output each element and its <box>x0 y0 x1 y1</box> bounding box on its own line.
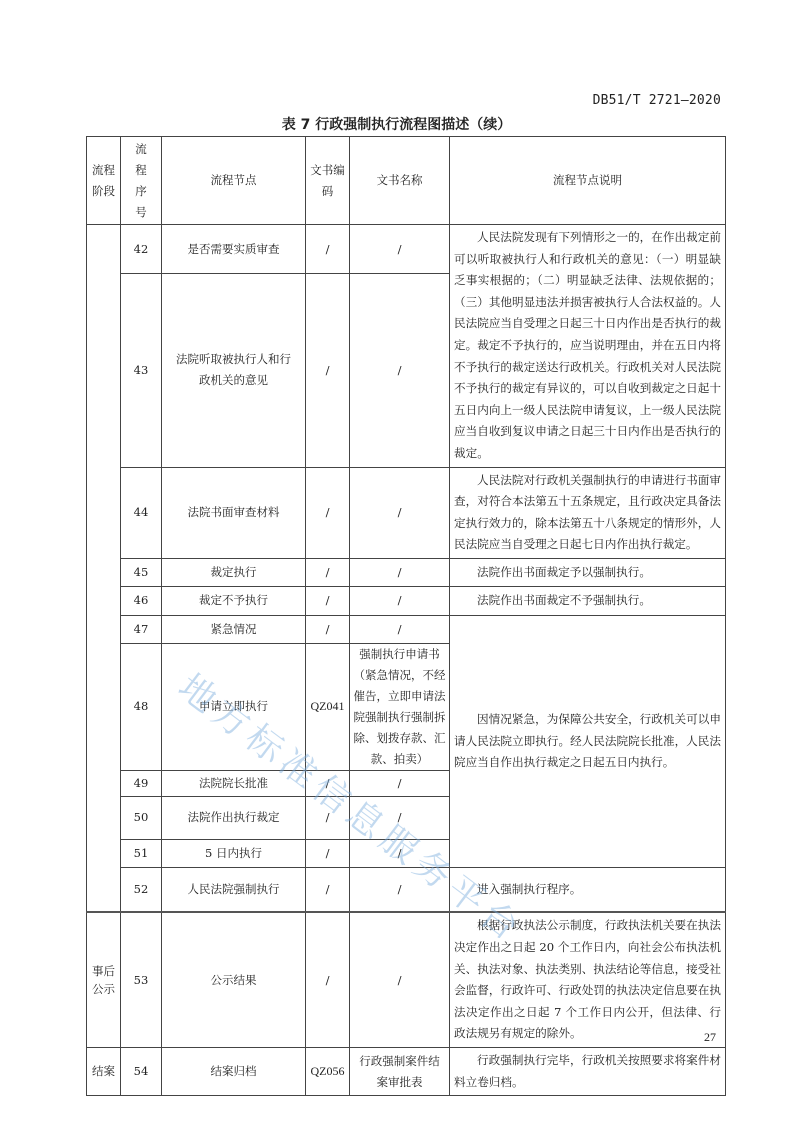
seq-cell: 47 <box>121 615 162 643</box>
col-header-doc-name: 文书名称 <box>350 137 450 225</box>
seq-cell: 48 <box>121 643 162 770</box>
node-cell: 5 日内执行 <box>162 839 306 867</box>
doc-name-cell: / <box>350 615 450 643</box>
desc-cell: 法院作出书面裁定不予强制执行。 <box>450 586 726 615</box>
desc-cell: 行政强制执行完毕，行政机关按照要求将案件材料立卷归档。 <box>450 1047 726 1095</box>
seq-cell: 45 <box>121 558 162 586</box>
stage-cell: 事后公示 <box>87 912 121 1047</box>
table-row: 44 法院书面审查材料 / / 人民法院对行政机关强制执行的申请进行书面审查，对… <box>87 467 726 558</box>
seq-cell: 49 <box>121 770 162 796</box>
doc-code-cell: QZ056 <box>306 1047 350 1095</box>
doc-code-cell: / <box>306 867 350 912</box>
doc-name-cell: / <box>350 225 450 274</box>
doc-code-cell: / <box>306 796 350 839</box>
seq-cell: 53 <box>121 912 162 1047</box>
desc-cell: 人民法院发现有下列情形之一的，在作出裁定前可以听取被执行人和行政机关的意见：（一… <box>450 225 726 468</box>
process-flow-table: 流程 阶段 流 程 序 号 流程节点 文书编 码 文书名称 流程节点说明 42 … <box>86 136 726 1096</box>
desc-cell: 因情况紧急，为保障公共安全，行政机关可以申请人民法院立即执行。经人民法院院长批准… <box>450 615 726 867</box>
standard-code: DB51/T 2721—2020 <box>593 93 721 108</box>
table-title: 表 7 行政强制执行流程图描述（续） <box>0 114 793 134</box>
doc-name-cell: 行政强制案件结案审批表 <box>350 1047 450 1095</box>
doc-name-cell: / <box>350 586 450 615</box>
seq-cell: 52 <box>121 867 162 912</box>
doc-name-cell: / <box>350 770 450 796</box>
node-cell: 公示结果 <box>162 912 306 1047</box>
seq-cell: 44 <box>121 467 162 558</box>
col-header-seq: 流 程 序 号 <box>121 137 162 225</box>
desc-cell: 根据行政执法公示制度，行政执法机关要在执法决定作出之日起 20 个工作日内，向社… <box>450 912 726 1047</box>
seq-cell: 51 <box>121 839 162 867</box>
seq-cell: 54 <box>121 1047 162 1095</box>
doc-code-cell: / <box>306 912 350 1047</box>
col-header-doc-code: 文书编 码 <box>306 137 350 225</box>
seq-cell: 42 <box>121 225 162 274</box>
node-cell: 法院听取被执行人和行政机关的意见 <box>162 274 306 467</box>
table-row: 46 裁定不予执行 / / 法院作出书面裁定不予强制执行。 <box>87 586 726 615</box>
doc-code-cell: QZ041 <box>306 643 350 770</box>
desc-cell: 进入强制执行程序。 <box>450 867 726 912</box>
doc-code-cell: / <box>306 274 350 467</box>
seq-cell: 43 <box>121 274 162 467</box>
doc-name-cell: 强制执行申请书（紧急情况，不经催告，立即申请法院强制执行强制拆除、划拨存款、汇款… <box>350 643 450 770</box>
table-row: 42 是否需要实质审查 / / 人民法院发现有下列情形之一的，在作出裁定前可以听… <box>87 225 726 274</box>
seq-cell: 46 <box>121 586 162 615</box>
node-cell: 结案归档 <box>162 1047 306 1095</box>
doc-code-cell: / <box>306 615 350 643</box>
doc-name-cell: / <box>350 467 450 558</box>
seq-cell: 50 <box>121 796 162 839</box>
node-cell: 裁定执行 <box>162 558 306 586</box>
doc-code-cell: / <box>306 770 350 796</box>
desc-cell: 人民法院对行政机关强制执行的申请进行书面审查，对符合本法第五十五条规定，且行政决… <box>450 467 726 558</box>
doc-code-cell: / <box>306 467 350 558</box>
doc-name-cell: / <box>350 274 450 467</box>
doc-name-cell: / <box>350 796 450 839</box>
doc-code-cell: / <box>306 839 350 867</box>
doc-name-cell: / <box>350 912 450 1047</box>
table-row: 事后公示 53 公示结果 / / 根据行政执法公示制度，行政执法机关要在执法决定… <box>87 912 726 1047</box>
col-header-desc: 流程节点说明 <box>450 137 726 225</box>
table-row: 47 紧急情况 / / 因情况紧急，为保障公共安全，行政机关可以申请人民法院立即… <box>87 615 726 643</box>
col-header-stage: 流程 阶段 <box>87 137 121 225</box>
doc-code-cell: / <box>306 558 350 586</box>
node-cell: 裁定不予执行 <box>162 586 306 615</box>
node-cell: 法院书面审查材料 <box>162 467 306 558</box>
node-cell: 法院院长批准 <box>162 770 306 796</box>
doc-name-cell: / <box>350 839 450 867</box>
col-header-node: 流程节点 <box>162 137 306 225</box>
node-cell: 紧急情况 <box>162 615 306 643</box>
doc-code-cell: / <box>306 586 350 615</box>
desc-cell: 法院作出书面裁定予以强制执行。 <box>450 558 726 586</box>
doc-name-cell: / <box>350 558 450 586</box>
page-number: 27 <box>704 1030 716 1045</box>
table-row: 45 裁定执行 / / 法院作出书面裁定予以强制执行。 <box>87 558 726 586</box>
node-cell: 是否需要实质审查 <box>162 225 306 274</box>
node-cell: 人民法院强制执行 <box>162 867 306 912</box>
stage-cell: 结案 <box>87 1047 121 1095</box>
doc-code-cell: / <box>306 225 350 274</box>
node-cell: 申请立即执行 <box>162 643 306 770</box>
doc-name-cell: / <box>350 867 450 912</box>
table-header-row: 流程 阶段 流 程 序 号 流程节点 文书编 码 文书名称 流程节点说明 <box>87 137 726 225</box>
table-row: 52 人民法院强制执行 / / 进入强制执行程序。 <box>87 867 726 912</box>
stage-cell <box>87 225 121 913</box>
table-row: 结案 54 结案归档 QZ056 行政强制案件结案审批表 行政强制执行完毕，行政… <box>87 1047 726 1095</box>
node-cell: 法院作出执行裁定 <box>162 796 306 839</box>
